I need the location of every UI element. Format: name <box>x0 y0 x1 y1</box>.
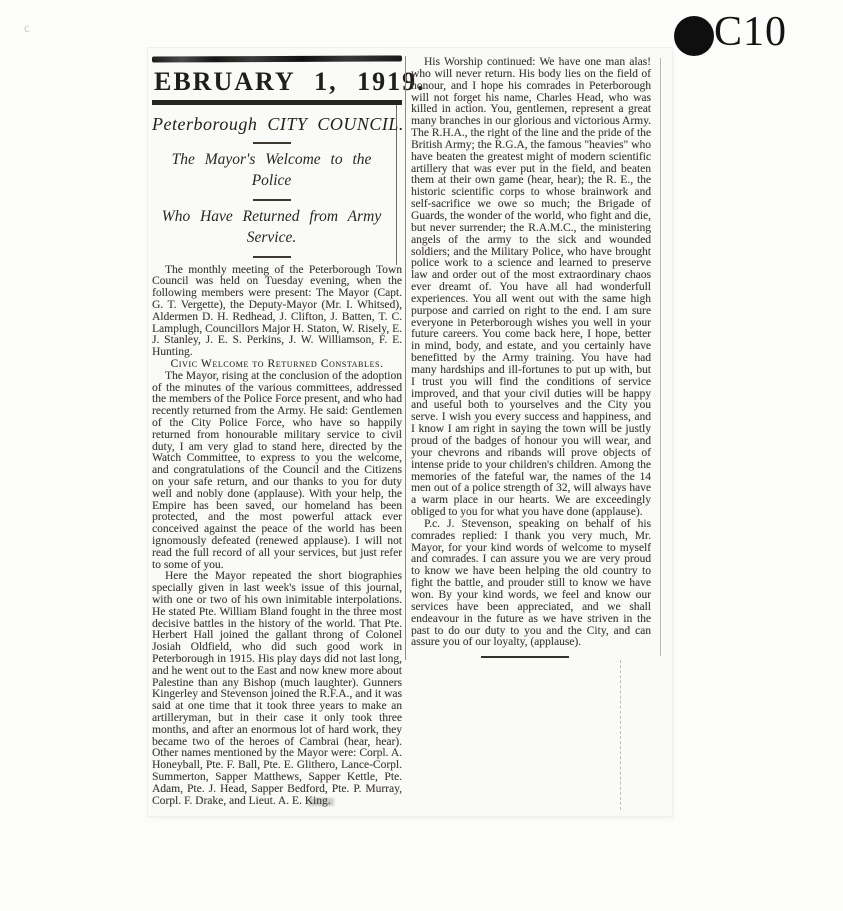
left-column: EBRUARY 1, 1919. Peterborough CITY COUNC… <box>152 56 402 807</box>
paragraph-mayor-speech: The Mayor, rising at the conclusion of t… <box>152 371 402 572</box>
article-title: Peterborough CITY COUNCIL. <box>152 114 391 135</box>
black-dot-icon <box>674 16 714 56</box>
article-subtitle-2: Who Have Returned from Army Service. <box>152 207 391 249</box>
masthead-date: EBRUARY 1, 1919. <box>154 67 426 97</box>
torn-edge <box>152 55 402 62</box>
paragraph-worship-continued: His Worship continued: We have one man a… <box>411 57 651 519</box>
column-rule <box>405 56 406 660</box>
clipping-edge-dashed-line <box>620 660 621 810</box>
divider-rule <box>253 199 291 201</box>
masthead-date-row: EBRUARY 1, 1919. <box>152 67 402 97</box>
left-column-body: The monthly meeting of the Peterborough … <box>152 265 402 808</box>
scanned-page: c C10 EBRUARY 1, 1919. Peterborough CITY… <box>0 0 843 911</box>
divider-rule <box>253 142 291 144</box>
catalog-label-group: C10 <box>674 8 787 56</box>
article-subtitle-1: The Mayor's Welcome to the Police <box>152 150 391 192</box>
headline-section: Peterborough CITY COUNCIL. The Mayor's W… <box>152 105 397 265</box>
corner-mark: c <box>22 20 31 37</box>
paragraph-stevenson-reply: P.c. J. Stevenson, speaking on behalf of… <box>411 519 651 649</box>
right-edge-rule <box>660 58 661 656</box>
paragraph-members-present: The monthly meeting of the Peterborough … <box>152 265 402 359</box>
catalog-code: C10 <box>714 8 787 56</box>
article-end-rule <box>481 656 569 658</box>
newspaper-clipping: EBRUARY 1, 1919. Peterborough CITY COUNC… <box>148 48 672 816</box>
divider-rule <box>253 256 291 258</box>
ink-smudge <box>308 798 334 806</box>
paragraph-biographies: Here the Mayor repeated the short biogra… <box>152 571 402 807</box>
right-column: His Worship continued: We have one man a… <box>411 57 651 658</box>
